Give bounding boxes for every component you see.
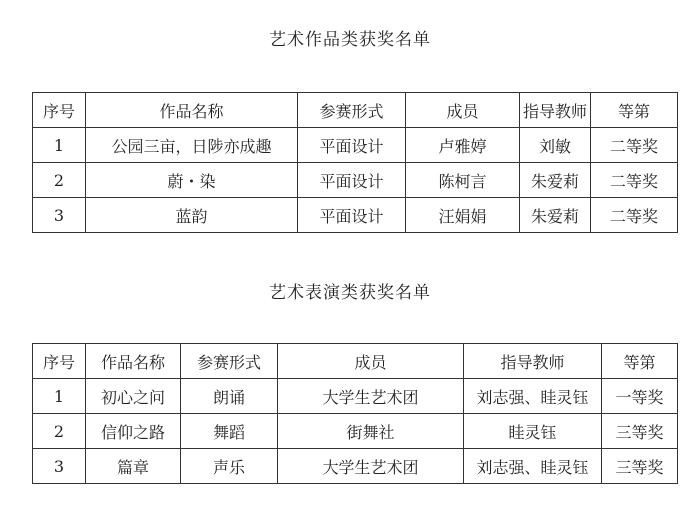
header-award-level: 等第 bbox=[602, 344, 678, 379]
header-advisor: 指导教师 bbox=[464, 344, 602, 379]
cell-advisor: 朱爱莉 bbox=[520, 163, 591, 198]
cell-entry-type: 声乐 bbox=[181, 449, 278, 484]
header-work-name: 作品名称 bbox=[86, 93, 298, 128]
cell-award-level: 三等奖 bbox=[602, 449, 678, 484]
table-title-art-works: 艺术作品类获奖名单 bbox=[0, 25, 700, 50]
art-performance-award-table: 序号 作品名称 参赛形式 成员 指导教师 等第 1 初心之问 朗诵 大学生艺术团… bbox=[32, 343, 678, 484]
cell-work-name: 公园三亩，日陟亦成趣 bbox=[86, 128, 298, 163]
cell-advisor: 眭灵钰 bbox=[464, 414, 602, 449]
cell-award-level: 二等奖 bbox=[591, 198, 678, 233]
cell-entry-type: 朗诵 bbox=[181, 379, 278, 414]
cell-award-level: 二等奖 bbox=[591, 163, 678, 198]
cell-members: 街舞社 bbox=[278, 414, 464, 449]
art-works-award-table: 序号 作品名称 参赛形式 成员 指导教师 等第 1 公园三亩，日陟亦成趣 平面设… bbox=[32, 92, 678, 233]
cell-entry-type: 平面设计 bbox=[298, 198, 406, 233]
header-members: 成员 bbox=[278, 344, 464, 379]
table-row: 1 初心之问 朗诵 大学生艺术团 刘志强、眭灵钰 一等奖 bbox=[33, 379, 678, 414]
header-award-level: 等第 bbox=[591, 93, 678, 128]
cell-entry-type: 舞蹈 bbox=[181, 414, 278, 449]
cell-index: 3 bbox=[33, 449, 86, 484]
cell-index: 1 bbox=[33, 128, 86, 163]
cell-award-level: 一等奖 bbox=[602, 379, 678, 414]
header-entry-type: 参赛形式 bbox=[298, 93, 406, 128]
header-index: 序号 bbox=[33, 344, 86, 379]
cell-advisor: 朱爱莉 bbox=[520, 198, 591, 233]
header-members: 成员 bbox=[406, 93, 520, 128]
cell-members: 汪娟娟 bbox=[406, 198, 520, 233]
table-row: 2 信仰之路 舞蹈 街舞社 眭灵钰 三等奖 bbox=[33, 414, 678, 449]
cell-award-level: 三等奖 bbox=[602, 414, 678, 449]
cell-advisor: 刘敏 bbox=[520, 128, 591, 163]
cell-members: 卢雅婷 bbox=[406, 128, 520, 163]
cell-members: 大学生艺术团 bbox=[278, 449, 464, 484]
table-row: 2 蔚・染 平面设计 陈柯言 朱爱莉 二等奖 bbox=[33, 163, 678, 198]
header-entry-type: 参赛形式 bbox=[181, 344, 278, 379]
table-title-art-performance: 艺术表演类获奖名单 bbox=[0, 278, 700, 303]
cell-work-name: 信仰之路 bbox=[86, 414, 181, 449]
header-work-name: 作品名称 bbox=[86, 344, 181, 379]
cell-work-name: 初心之问 bbox=[86, 379, 181, 414]
cell-award-level: 二等奖 bbox=[591, 128, 678, 163]
cell-advisor: 刘志强、眭灵钰 bbox=[464, 449, 602, 484]
cell-index: 1 bbox=[33, 379, 86, 414]
cell-index: 2 bbox=[33, 163, 86, 198]
cell-work-name: 蓝韵 bbox=[86, 198, 298, 233]
cell-entry-type: 平面设计 bbox=[298, 163, 406, 198]
table-row: 3 蓝韵 平面设计 汪娟娟 朱爱莉 二等奖 bbox=[33, 198, 678, 233]
cell-entry-type: 平面设计 bbox=[298, 128, 406, 163]
header-index: 序号 bbox=[33, 93, 86, 128]
cell-members: 陈柯言 bbox=[406, 163, 520, 198]
header-advisor: 指导教师 bbox=[520, 93, 591, 128]
cell-work-name: 蔚・染 bbox=[86, 163, 298, 198]
cell-advisor: 刘志强、眭灵钰 bbox=[464, 379, 602, 414]
cell-index: 2 bbox=[33, 414, 86, 449]
cell-index: 3 bbox=[33, 198, 86, 233]
table-row: 1 公园三亩，日陟亦成趣 平面设计 卢雅婷 刘敏 二等奖 bbox=[33, 128, 678, 163]
table-header-row: 序号 作品名称 参赛形式 成员 指导教师 等第 bbox=[33, 93, 678, 128]
table-row: 3 篇章 声乐 大学生艺术团 刘志强、眭灵钰 三等奖 bbox=[33, 449, 678, 484]
cell-members: 大学生艺术团 bbox=[278, 379, 464, 414]
cell-work-name: 篇章 bbox=[86, 449, 181, 484]
table-header-row: 序号 作品名称 参赛形式 成员 指导教师 等第 bbox=[33, 344, 678, 379]
